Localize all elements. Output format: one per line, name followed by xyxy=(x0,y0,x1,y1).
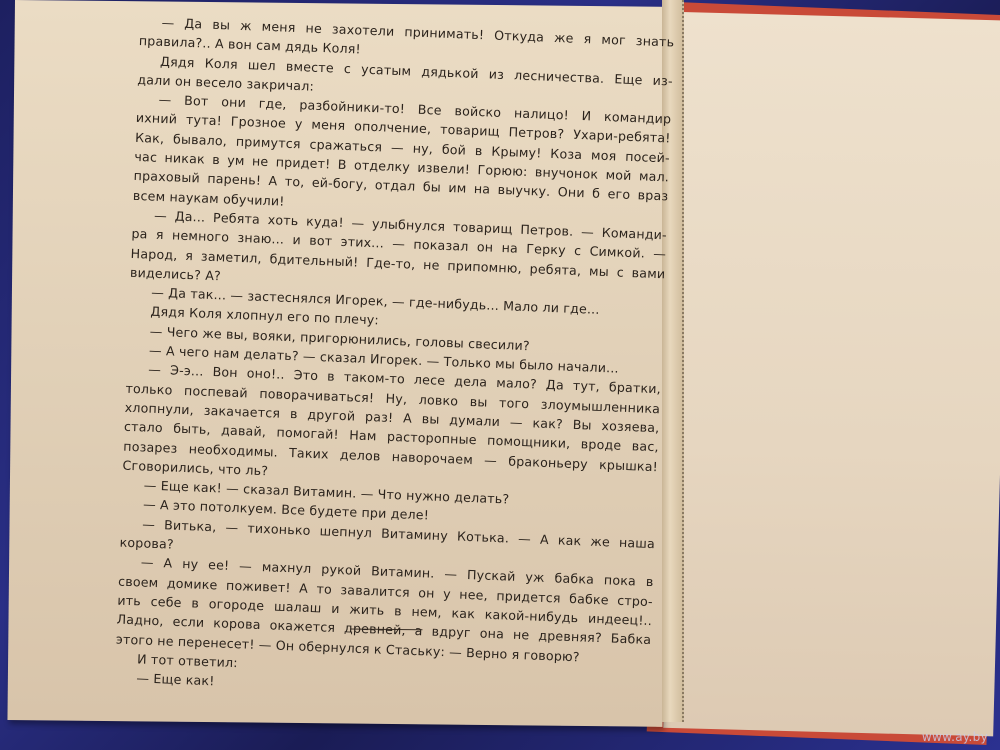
watermark: www.ay.by xyxy=(922,730,988,744)
page-text: — Да вы ж меня не захотели принимать! От… xyxy=(114,12,675,707)
right-page-blank xyxy=(663,12,1000,736)
